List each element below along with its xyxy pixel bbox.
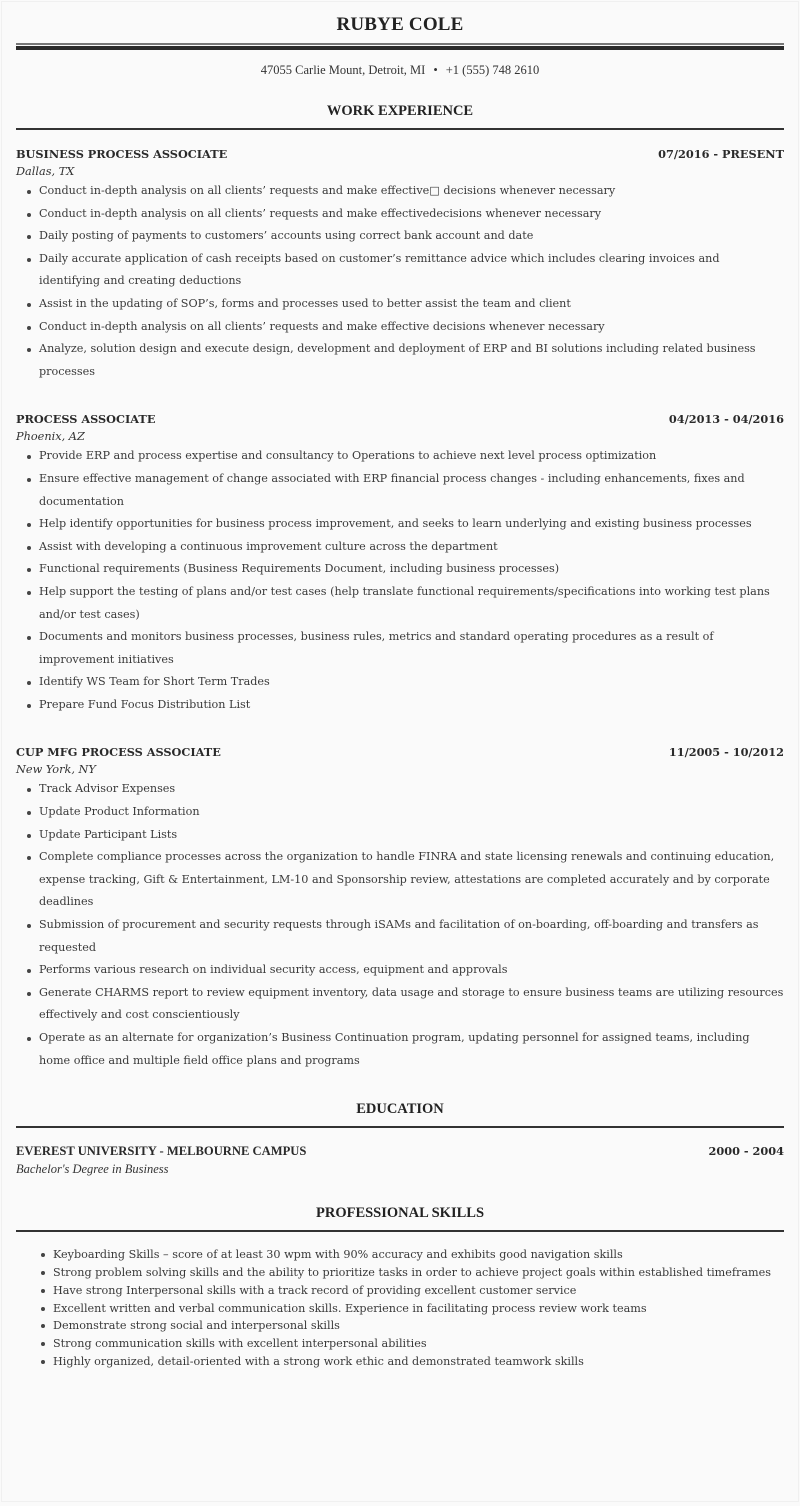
- section-divider: [16, 1126, 784, 1128]
- job-dates: 11/2005 - 10/2012: [669, 743, 784, 761]
- work-experience-section: WORK EXPERIENCE BUSINESS PROCESS ASSOCIA…: [16, 101, 784, 1072]
- list-item: Operate as an alternate for organization…: [16, 1027, 784, 1072]
- list-item: Excellent written and verbal communicati…: [16, 1300, 784, 1318]
- list-item: Keyboarding Skills – score of at least 3…: [16, 1246, 784, 1264]
- job-dates: 04/2013 - 04/2016: [669, 410, 784, 428]
- list-item: Complete compliance processes across the…: [16, 846, 784, 914]
- list-item: Performs various research on individual …: [16, 959, 784, 982]
- job-bullets: Provide ERP and process expertise and co…: [16, 445, 784, 716]
- resume-content: RUBYE COLE 47055 Carlie Mount, Detroit, …: [16, 2, 784, 1371]
- job-title: CUP MFG PROCESS ASSOCIATE: [16, 743, 221, 761]
- degree: Bachelor's Degree in Business: [16, 1160, 784, 1178]
- section-divider: [16, 1230, 784, 1232]
- skills-section: PROFESSIONAL SKILLS Keyboarding Skills –…: [16, 1203, 784, 1371]
- skills-list: Keyboarding Skills – score of at least 3…: [16, 1246, 784, 1371]
- resume-page: RUBYE COLE 47055 Carlie Mount, Detroit, …: [1, 1, 799, 1502]
- school-name: EVEREST UNIVERSITY - MELBOURNE CAMPUS: [16, 1142, 306, 1160]
- list-item: Highly organized, detail-oriented with a…: [16, 1353, 784, 1371]
- address: 47055 Carlie Mount, Detroit, MI: [261, 63, 426, 77]
- list-item: Analyze, solution design and execute des…: [16, 338, 784, 383]
- list-item: Ensure effective management of change as…: [16, 468, 784, 513]
- job-bullets: Conduct in-depth analysis on all clients…: [16, 180, 784, 383]
- section-divider: [16, 128, 784, 130]
- list-item: Conduct in-depth analysis on all clients…: [16, 203, 784, 226]
- section-title-work: WORK EXPERIENCE: [16, 101, 784, 121]
- list-item: Conduct in-depth analysis on all clients…: [16, 180, 784, 203]
- list-item: Demonstrate strong social and interperso…: [16, 1317, 784, 1335]
- list-item: Help support the testing of plans and/or…: [16, 581, 784, 626]
- list-item: Update Participant Lists: [16, 824, 784, 847]
- list-item: Have strong Interpersonal skills with a …: [16, 1282, 784, 1300]
- list-item: Strong communication skills with excelle…: [16, 1335, 784, 1353]
- list-item: Update Product Information: [16, 801, 784, 824]
- education-section: EDUCATION EVEREST UNIVERSITY - MELBOURNE…: [16, 1099, 784, 1178]
- education-dates: 2000 - 2004: [709, 1142, 784, 1160]
- list-item: Documents and monitors business processe…: [16, 626, 784, 671]
- separator-dot: •: [433, 63, 437, 77]
- job-title: PROCESS ASSOCIATE: [16, 410, 155, 428]
- education-entry: EVEREST UNIVERSITY - MELBOURNE CAMPUS 20…: [16, 1142, 784, 1178]
- list-item: Functional requirements (Business Requir…: [16, 558, 784, 581]
- list-item: Strong problem solving skills and the ab…: [16, 1264, 784, 1282]
- candidate-name: RUBYE COLE: [16, 12, 784, 38]
- phone: +1 (555) 748 2610: [446, 63, 540, 77]
- list-item: Help identify opportunities for business…: [16, 513, 784, 536]
- job-location: Dallas, TX: [16, 163, 784, 180]
- job-dates: 07/2016 - PRESENT: [658, 145, 784, 163]
- job-bullets: Track Advisor ExpensesUpdate Product Inf…: [16, 778, 784, 1072]
- section-title-skills: PROFESSIONAL SKILLS: [16, 1203, 784, 1223]
- job-entry: BUSINESS PROCESS ASSOCIATE 07/2016 - PRE…: [16, 145, 784, 383]
- list-item: Identify WS Team for Short Term Trades: [16, 671, 784, 694]
- list-item: Conduct in-depth analysis on all clients…: [16, 316, 784, 339]
- job-location: Phoenix, AZ: [16, 428, 784, 445]
- job-location: New York, NY: [16, 761, 784, 778]
- job-entry: PROCESS ASSOCIATE 04/2013 - 04/2016 Phoe…: [16, 410, 784, 716]
- section-title-education: EDUCATION: [16, 1099, 784, 1119]
- list-item: Provide ERP and process expertise and co…: [16, 445, 784, 468]
- list-item: Assist in the updating of SOP’s, forms a…: [16, 293, 784, 316]
- list-item: Daily posting of payments to customers’ …: [16, 225, 784, 248]
- contact-line: 47055 Carlie Mount, Detroit, MI•+1 (555)…: [16, 61, 784, 79]
- list-item: Daily accurate application of cash recei…: [16, 248, 784, 293]
- list-item: Submission of procurement and security r…: [16, 914, 784, 959]
- job-title: BUSINESS PROCESS ASSOCIATE: [16, 145, 227, 163]
- list-item: Track Advisor Expenses: [16, 778, 784, 801]
- list-item: Assist with developing a continuous impr…: [16, 536, 784, 559]
- list-item: Generate CHARMS report to review equipme…: [16, 982, 784, 1027]
- header-divider: [16, 43, 784, 50]
- job-entry: CUP MFG PROCESS ASSOCIATE 11/2005 - 10/2…: [16, 743, 784, 1072]
- list-item: Prepare Fund Focus Distribution List: [16, 694, 784, 717]
